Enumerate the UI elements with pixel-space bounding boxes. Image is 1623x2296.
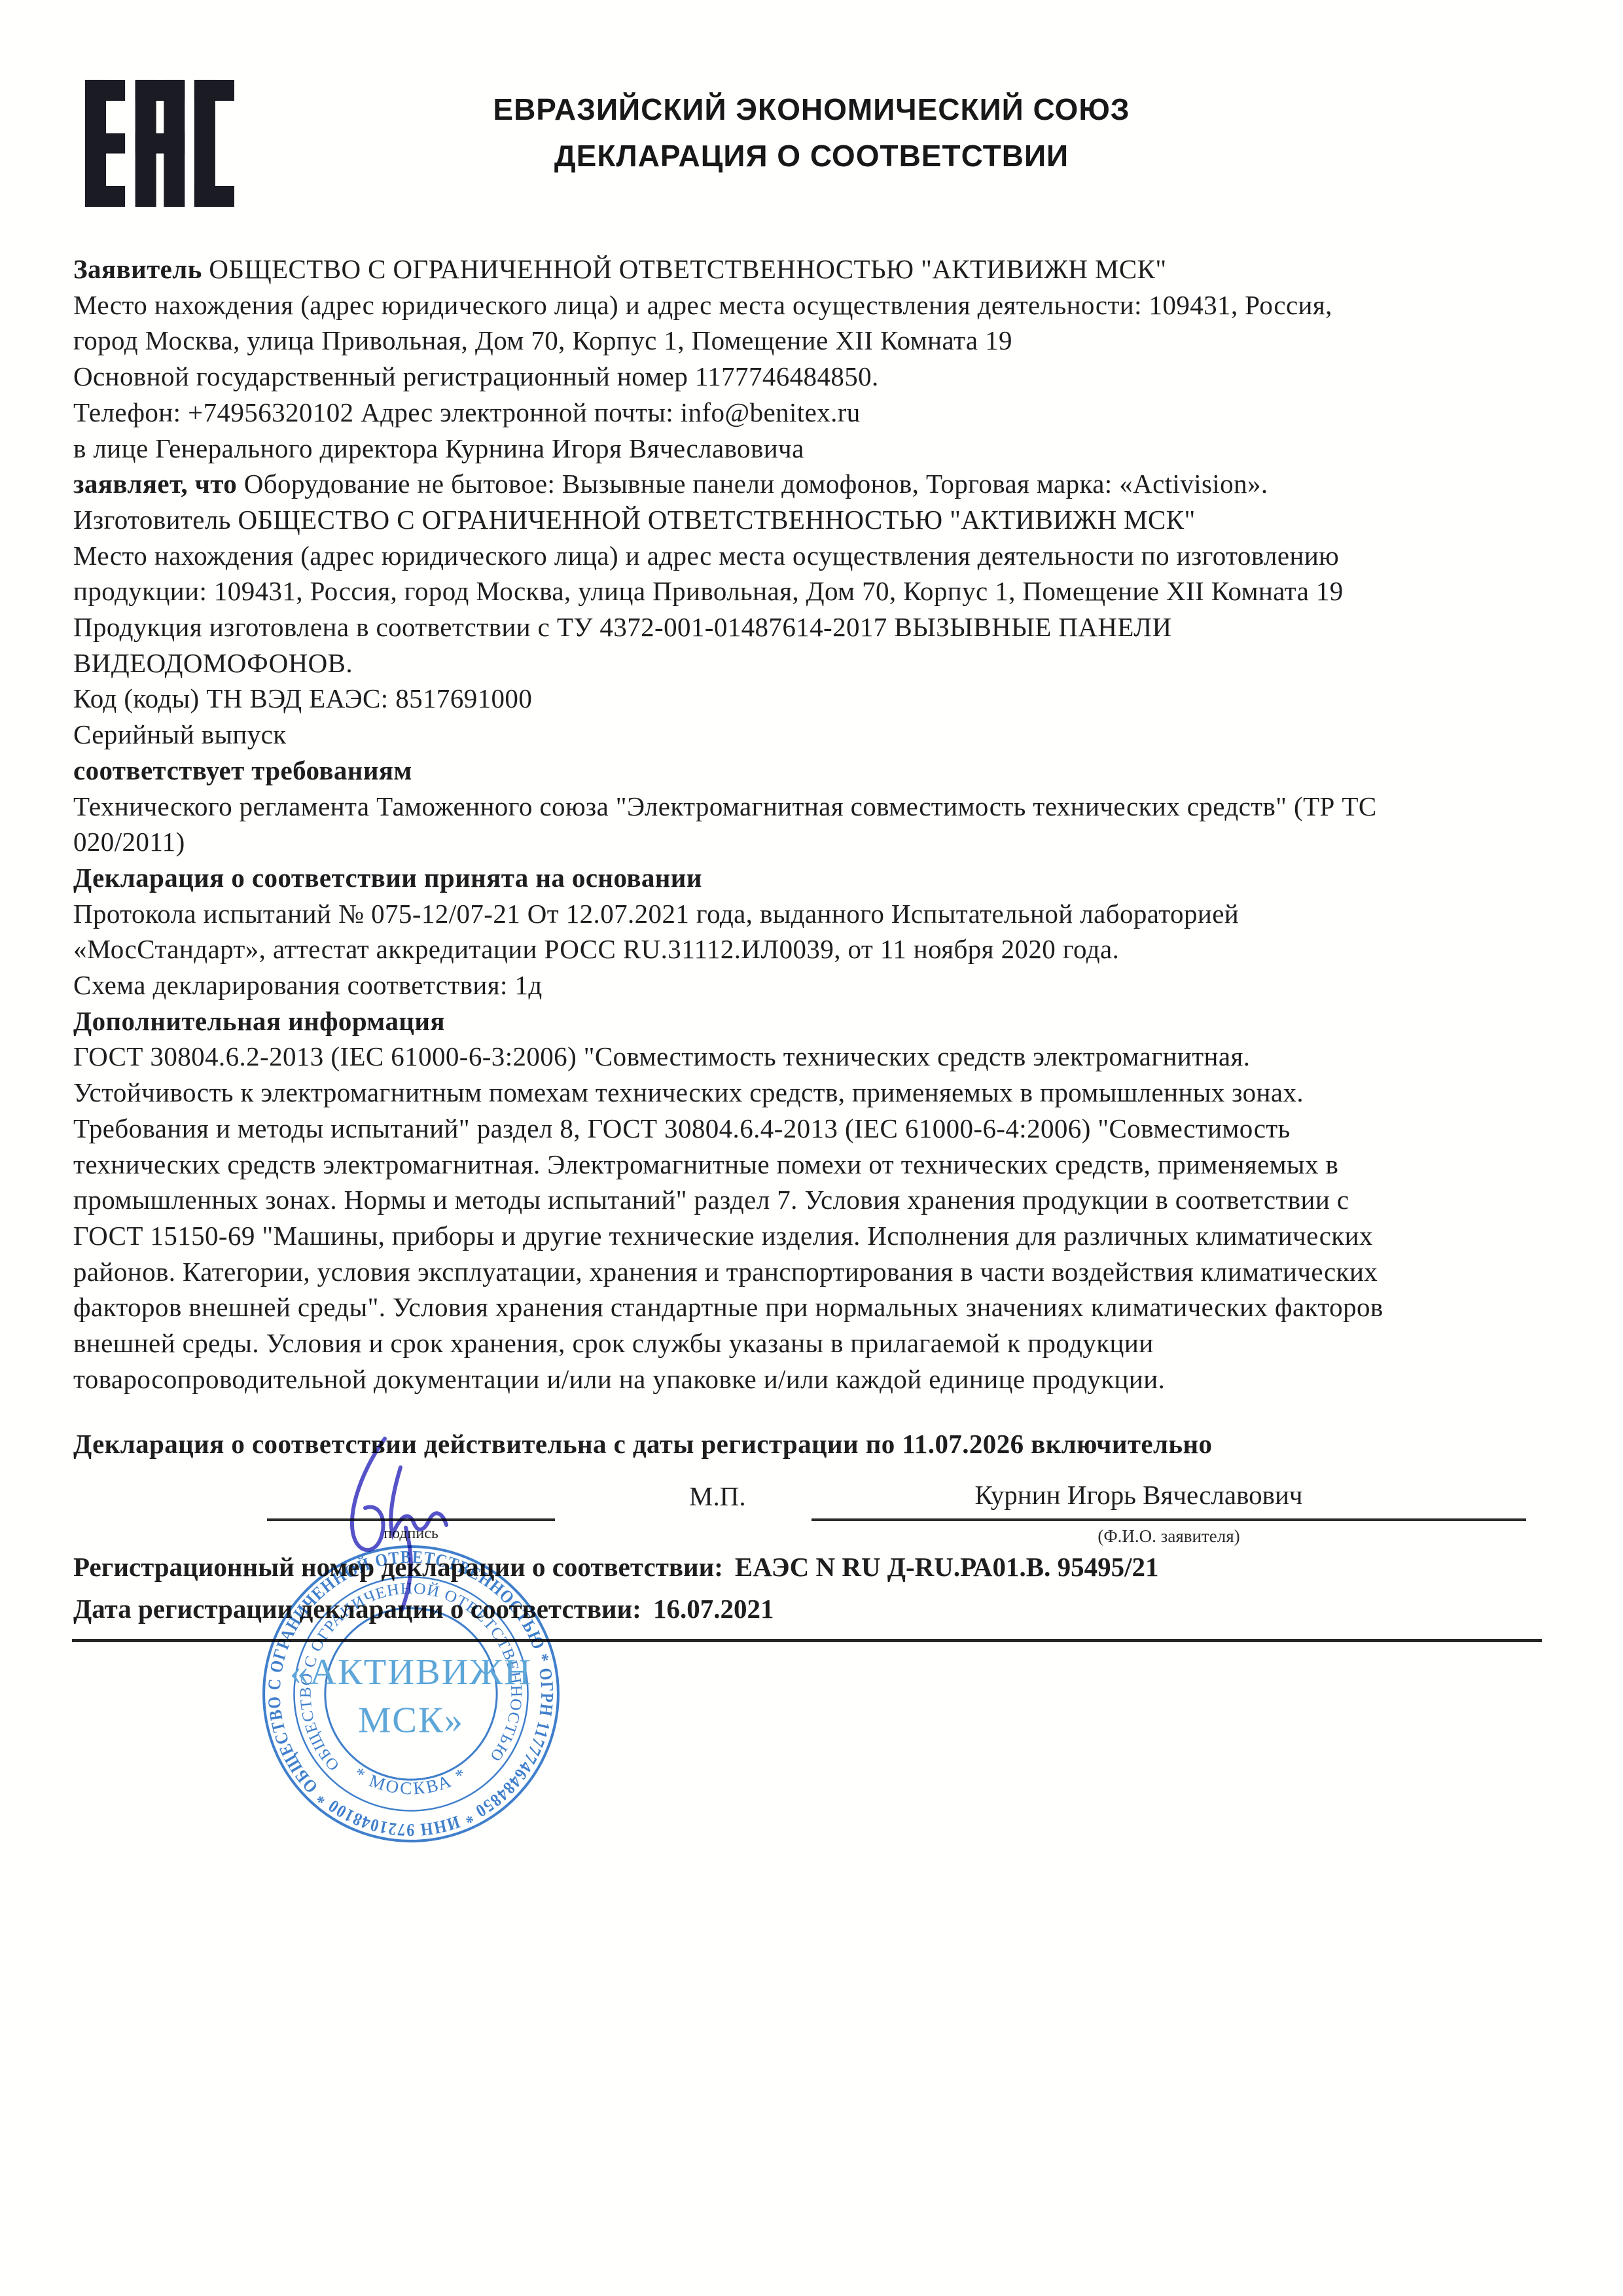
svg-text:* МОСКВА *: * МОСКВА * xyxy=(351,1763,471,1798)
document-line: Код (коды) ТН ВЭД ЕАЭС: 8517691000 xyxy=(73,681,1383,717)
signer-name: Курнин Игорь Вячеславович xyxy=(811,1479,1466,1511)
document-line: Устойчивость к электромагнитным помехам … xyxy=(73,1075,1383,1111)
document-line: 020/2011) xyxy=(73,824,1383,860)
document-line: Место нахождения (адрес юридического лиц… xyxy=(73,538,1383,574)
document-line: Схема декларирования соответствия: 1д xyxy=(73,967,1383,1003)
document-line: Протокола испытаний № 075-12/07-21 От 12… xyxy=(73,896,1383,932)
document-line: Требования и методы испытаний" раздел 8,… xyxy=(73,1111,1383,1147)
document-line: Серийный выпуск xyxy=(73,717,1383,753)
stamp-inner-ring-bottom-text: * МОСКВА * xyxy=(351,1763,471,1798)
document-line: внешней среды. Условия и срок хранения, … xyxy=(73,1325,1383,1361)
document-line: технических средств электромагнитная. Эл… xyxy=(73,1147,1383,1183)
title-line-union: ЕВРАЗИЙСКИЙ ЭКОНОМИЧЕСКИЙ СОЮЗ xyxy=(0,86,1623,133)
document-line: ГОСТ 30804.6.2-2013 (IEC 61000-6-3:2006)… xyxy=(73,1039,1383,1075)
document-line: Место нахождения (адрес юридического лиц… xyxy=(73,287,1383,323)
document-title: ЕВРАЗИЙСКИЙ ЭКОНОМИЧЕСКИЙ СОЮЗ ДЕКЛАРАЦИ… xyxy=(0,86,1623,179)
seal-place-label: М.П. xyxy=(689,1480,746,1512)
document-line: Продукция изготовлена в соответствии с Т… xyxy=(73,609,1383,645)
title-line-declaration: ДЕКЛАРАЦИЯ О СООТВЕТСТВИИ xyxy=(0,133,1623,179)
document-line: в лице Генерального директора Курнина Иг… xyxy=(73,431,1383,467)
document-line: Дополнительная информация xyxy=(73,1003,1383,1039)
document-line: факторов внешней среды". Условия хранени… xyxy=(73,1289,1383,1325)
body-lines: Заявитель ОБЩЕСТВО С ОГРАНИЧЕННОЙ ОТВЕТС… xyxy=(73,251,1383,1397)
document-line: промышленных зонах. Нормы и методы испыт… xyxy=(73,1182,1383,1218)
document-line: ГОСТ 15150-69 "Машины, приборы и другие … xyxy=(73,1218,1383,1254)
signer-name-caption: (Ф.И.О. заявителя) xyxy=(811,1526,1526,1547)
document-line: Технического регламента Таможенного союз… xyxy=(73,789,1383,825)
document-line: Заявитель ОБЩЕСТВО С ОГРАНИЧЕННОЙ ОТВЕТС… xyxy=(73,251,1383,287)
document-line: заявляет, что Оборудование не бытовое: В… xyxy=(73,466,1383,502)
handwritten-signature xyxy=(322,1429,474,1621)
document-line: Телефон: +74956320102 Адрес электронной … xyxy=(73,395,1383,431)
document-line: Декларация о соответствии принята на осн… xyxy=(73,860,1383,896)
stamp-center-line1: «АКТИВИЖН xyxy=(290,1652,532,1693)
stamp-center-line2: МСК» xyxy=(358,1700,464,1741)
document-line: продукции: 109431, Россия, город Москва,… xyxy=(73,573,1383,609)
registration-date-value: 16.07.2021 xyxy=(653,1594,774,1624)
declaration-document: ЕВРАЗИЙСКИЙ ЭКОНОМИЧЕСКИЙ СОЮЗ ДЕКЛАРАЦИ… xyxy=(0,0,1623,2296)
document-line: Изготовитель ОБЩЕСТВО С ОГРАНИЧЕННОЙ ОТВ… xyxy=(73,502,1383,538)
document-line: районов. Категории, условия эксплуатации… xyxy=(73,1254,1383,1290)
signer-name-underline xyxy=(811,1518,1526,1521)
registration-number-line: Регистрационный номер декларации о соотв… xyxy=(73,1551,1159,1583)
document-line: город Москва, улица Привольная, Дом 70, … xyxy=(73,323,1383,359)
document-line: соответствует требованиям xyxy=(73,753,1383,789)
document-line: Основной государственный регистрационный… xyxy=(73,359,1383,395)
document-line: «МосСтандарт», аттестат аккредитации РОС… xyxy=(73,931,1383,967)
validity-line: Декларация о соответствии действительна … xyxy=(73,1428,1212,1460)
registration-number-value: ЕАЭС N RU Д-RU.РА01.В. 95495/21 xyxy=(735,1552,1159,1582)
document-line: ВИДЕОДОМОФОНОВ. xyxy=(73,645,1383,681)
document-line: товаросопроводительной документации и/ил… xyxy=(73,1361,1383,1397)
